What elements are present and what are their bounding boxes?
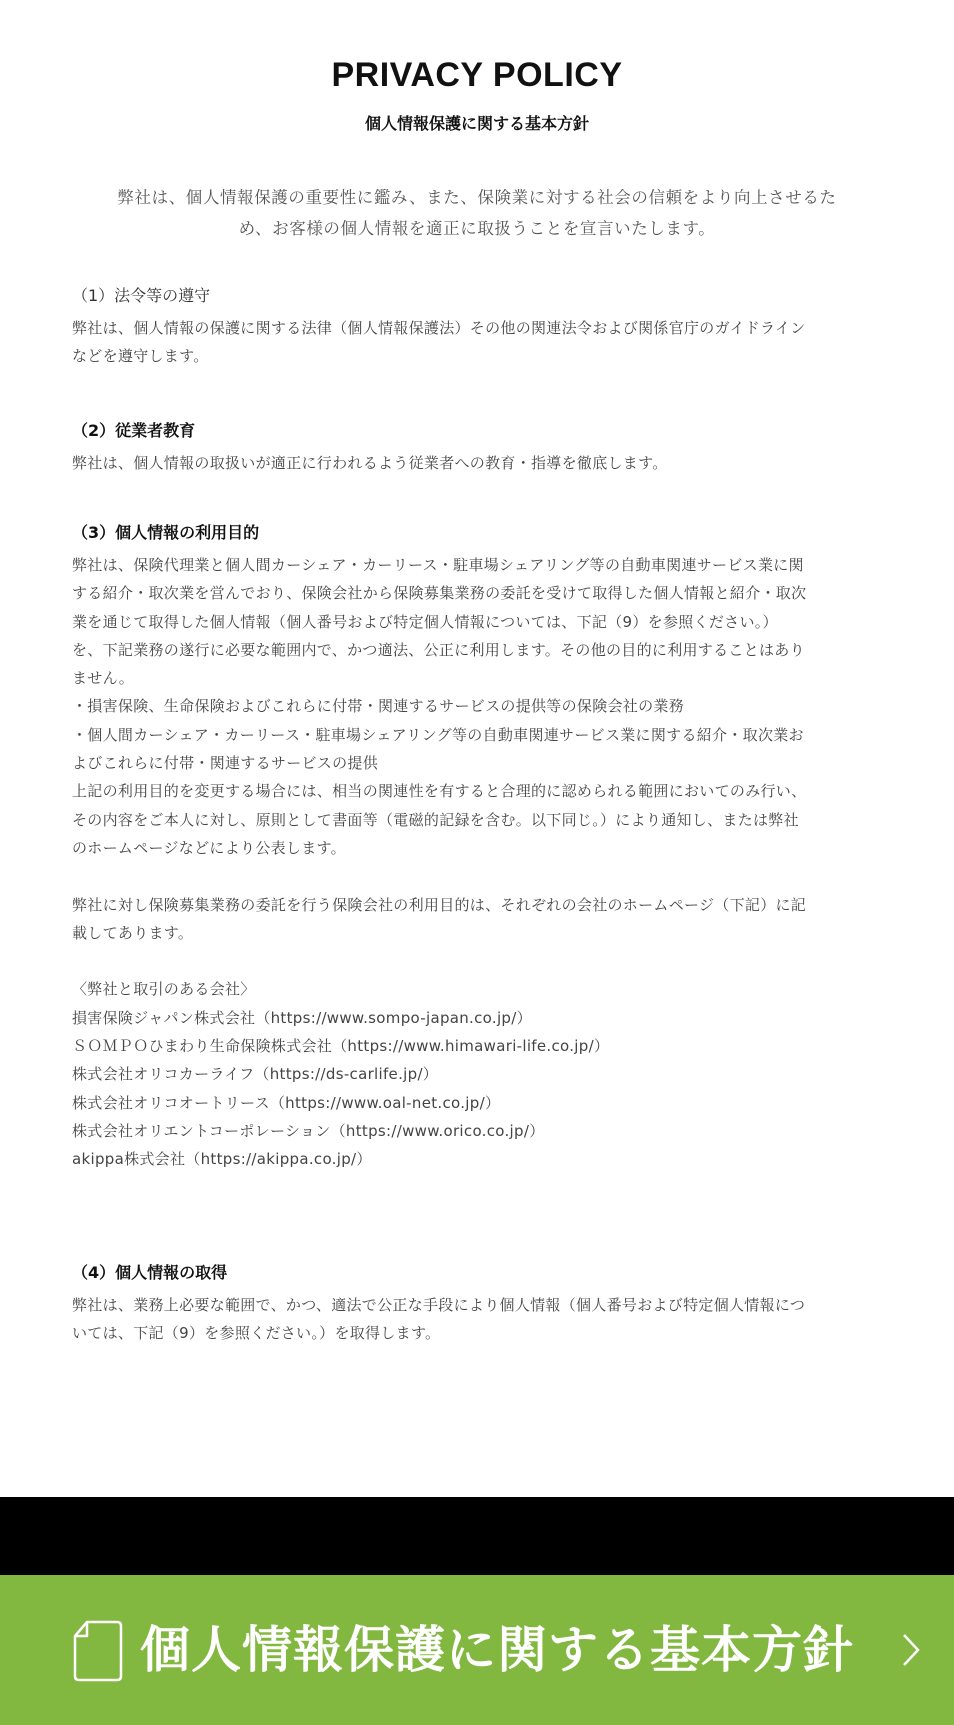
companies-heading: 〈弊社と取引のある会社〉 (72, 975, 884, 1003)
page-title: PRIVACY POLICY (0, 56, 954, 95)
page-subtitle: 個人情報保護に関する基本方針 (0, 111, 954, 134)
intro-line: め、お客様の個人情報を適正に取扱うことを宣言いたします。 (80, 213, 874, 244)
black-divider-band (0, 1497, 954, 1575)
section-employee-education: （2）従業者教育 弊社は、個人情報の取扱いが適正に行われるよう従業者への教育・指… (72, 419, 884, 477)
bullet-item: ・損害保険、生命保険およびこれらに付帯・関連するサービスの提供等の保険会社の業務 (72, 692, 884, 720)
company-url[interactable]: https://akippa.co.jp/ (201, 1150, 357, 1168)
section-body: 弊社は、保険代理業と個人間カーシェア・カーリース・駐車場シェアリング等の自動車関… (72, 551, 884, 1174)
company-url[interactable]: https://www.oal-net.co.jp/ (285, 1094, 485, 1112)
intro-statement: 弊社は、個人情報保護の重要性に鑑み、また、保険業に対する社会の信頼をより向上させ… (80, 182, 874, 244)
section-body: 弊社は、個人情報の取扱いが適正に行われるよう従業者への教育・指導を徹底します。 (72, 449, 884, 477)
company-url[interactable]: https://www.himawari-life.co.jp/ (347, 1037, 594, 1055)
section-heading: （2）従業者教育 (72, 419, 884, 443)
section-heading: （3）個人情報の利用目的 (72, 521, 884, 545)
section-heading: （4）個人情報の取得 (72, 1261, 884, 1285)
section-body: 弊社は、個人情報の保護に関する法律（個人情報保護法）その他の関連法令および関係官… (72, 314, 884, 371)
insurer-note: 弊社に対し保険募集業務の委託を行う保険会社の利用目的は、それぞれの会社のホームペ… (72, 891, 884, 919)
chevron-right-icon[interactable] (900, 1632, 922, 1668)
section-heading: （1）法令等の遵守 (72, 284, 884, 308)
bullet-item: ・個人間カーシェア・カーリース・駐車場シェアリング等の自動車関連サービス業に関す… (72, 721, 884, 749)
section-body: 弊社は、業務上必要な範囲で、かつ、適法で公正な手段により個人情報（個人番号および… (72, 1291, 884, 1348)
company-url[interactable]: https://www.sompo-japan.co.jp/ (271, 1009, 517, 1027)
company-item: akippa株式会社（https://akippa.co.jp/） (72, 1145, 884, 1173)
section-purpose-of-use: （3）個人情報の利用目的 弊社は、保険代理業と個人間カーシェア・カーリース・駐車… (72, 521, 884, 1174)
document-icon (73, 1620, 123, 1682)
company-url[interactable]: https://ds-carlife.jp/ (270, 1065, 423, 1083)
company-item: 損害保険ジャパン株式会社（https://www.sompo-japan.co.… (72, 1004, 884, 1032)
intro-line: 弊社は、個人情報保護の重要性に鑑み、また、保険業に対する社会の信頼をより向上させ… (80, 182, 874, 213)
banner-label[interactable]: 個人情報保護に関する基本方針 (140, 1617, 854, 1683)
insurer-note: 載してあります。 (72, 919, 884, 947)
section-acquisition: （4）個人情報の取得 弊社は、業務上必要な範囲で、かつ、適法で公正な手段により個… (72, 1261, 884, 1348)
company-item: ＳＯＭＰＯひまわり生命保険株式会社（https://www.himawari-l… (72, 1032, 884, 1060)
company-item: 株式会社オリエントコーポレーション（https://www.orico.co.j… (72, 1117, 884, 1145)
section-legal-compliance: （1）法令等の遵守 弊社は、個人情報の保護に関する法律（個人情報保護法）その他の… (72, 284, 884, 371)
company-url[interactable]: https://www.orico.co.jp/ (346, 1122, 529, 1140)
company-item: 株式会社オリコカーライフ（https://ds-carlife.jp/） (72, 1060, 884, 1088)
company-item: 株式会社オリコオートリース（https://www.oal-net.co.jp/… (72, 1089, 884, 1117)
